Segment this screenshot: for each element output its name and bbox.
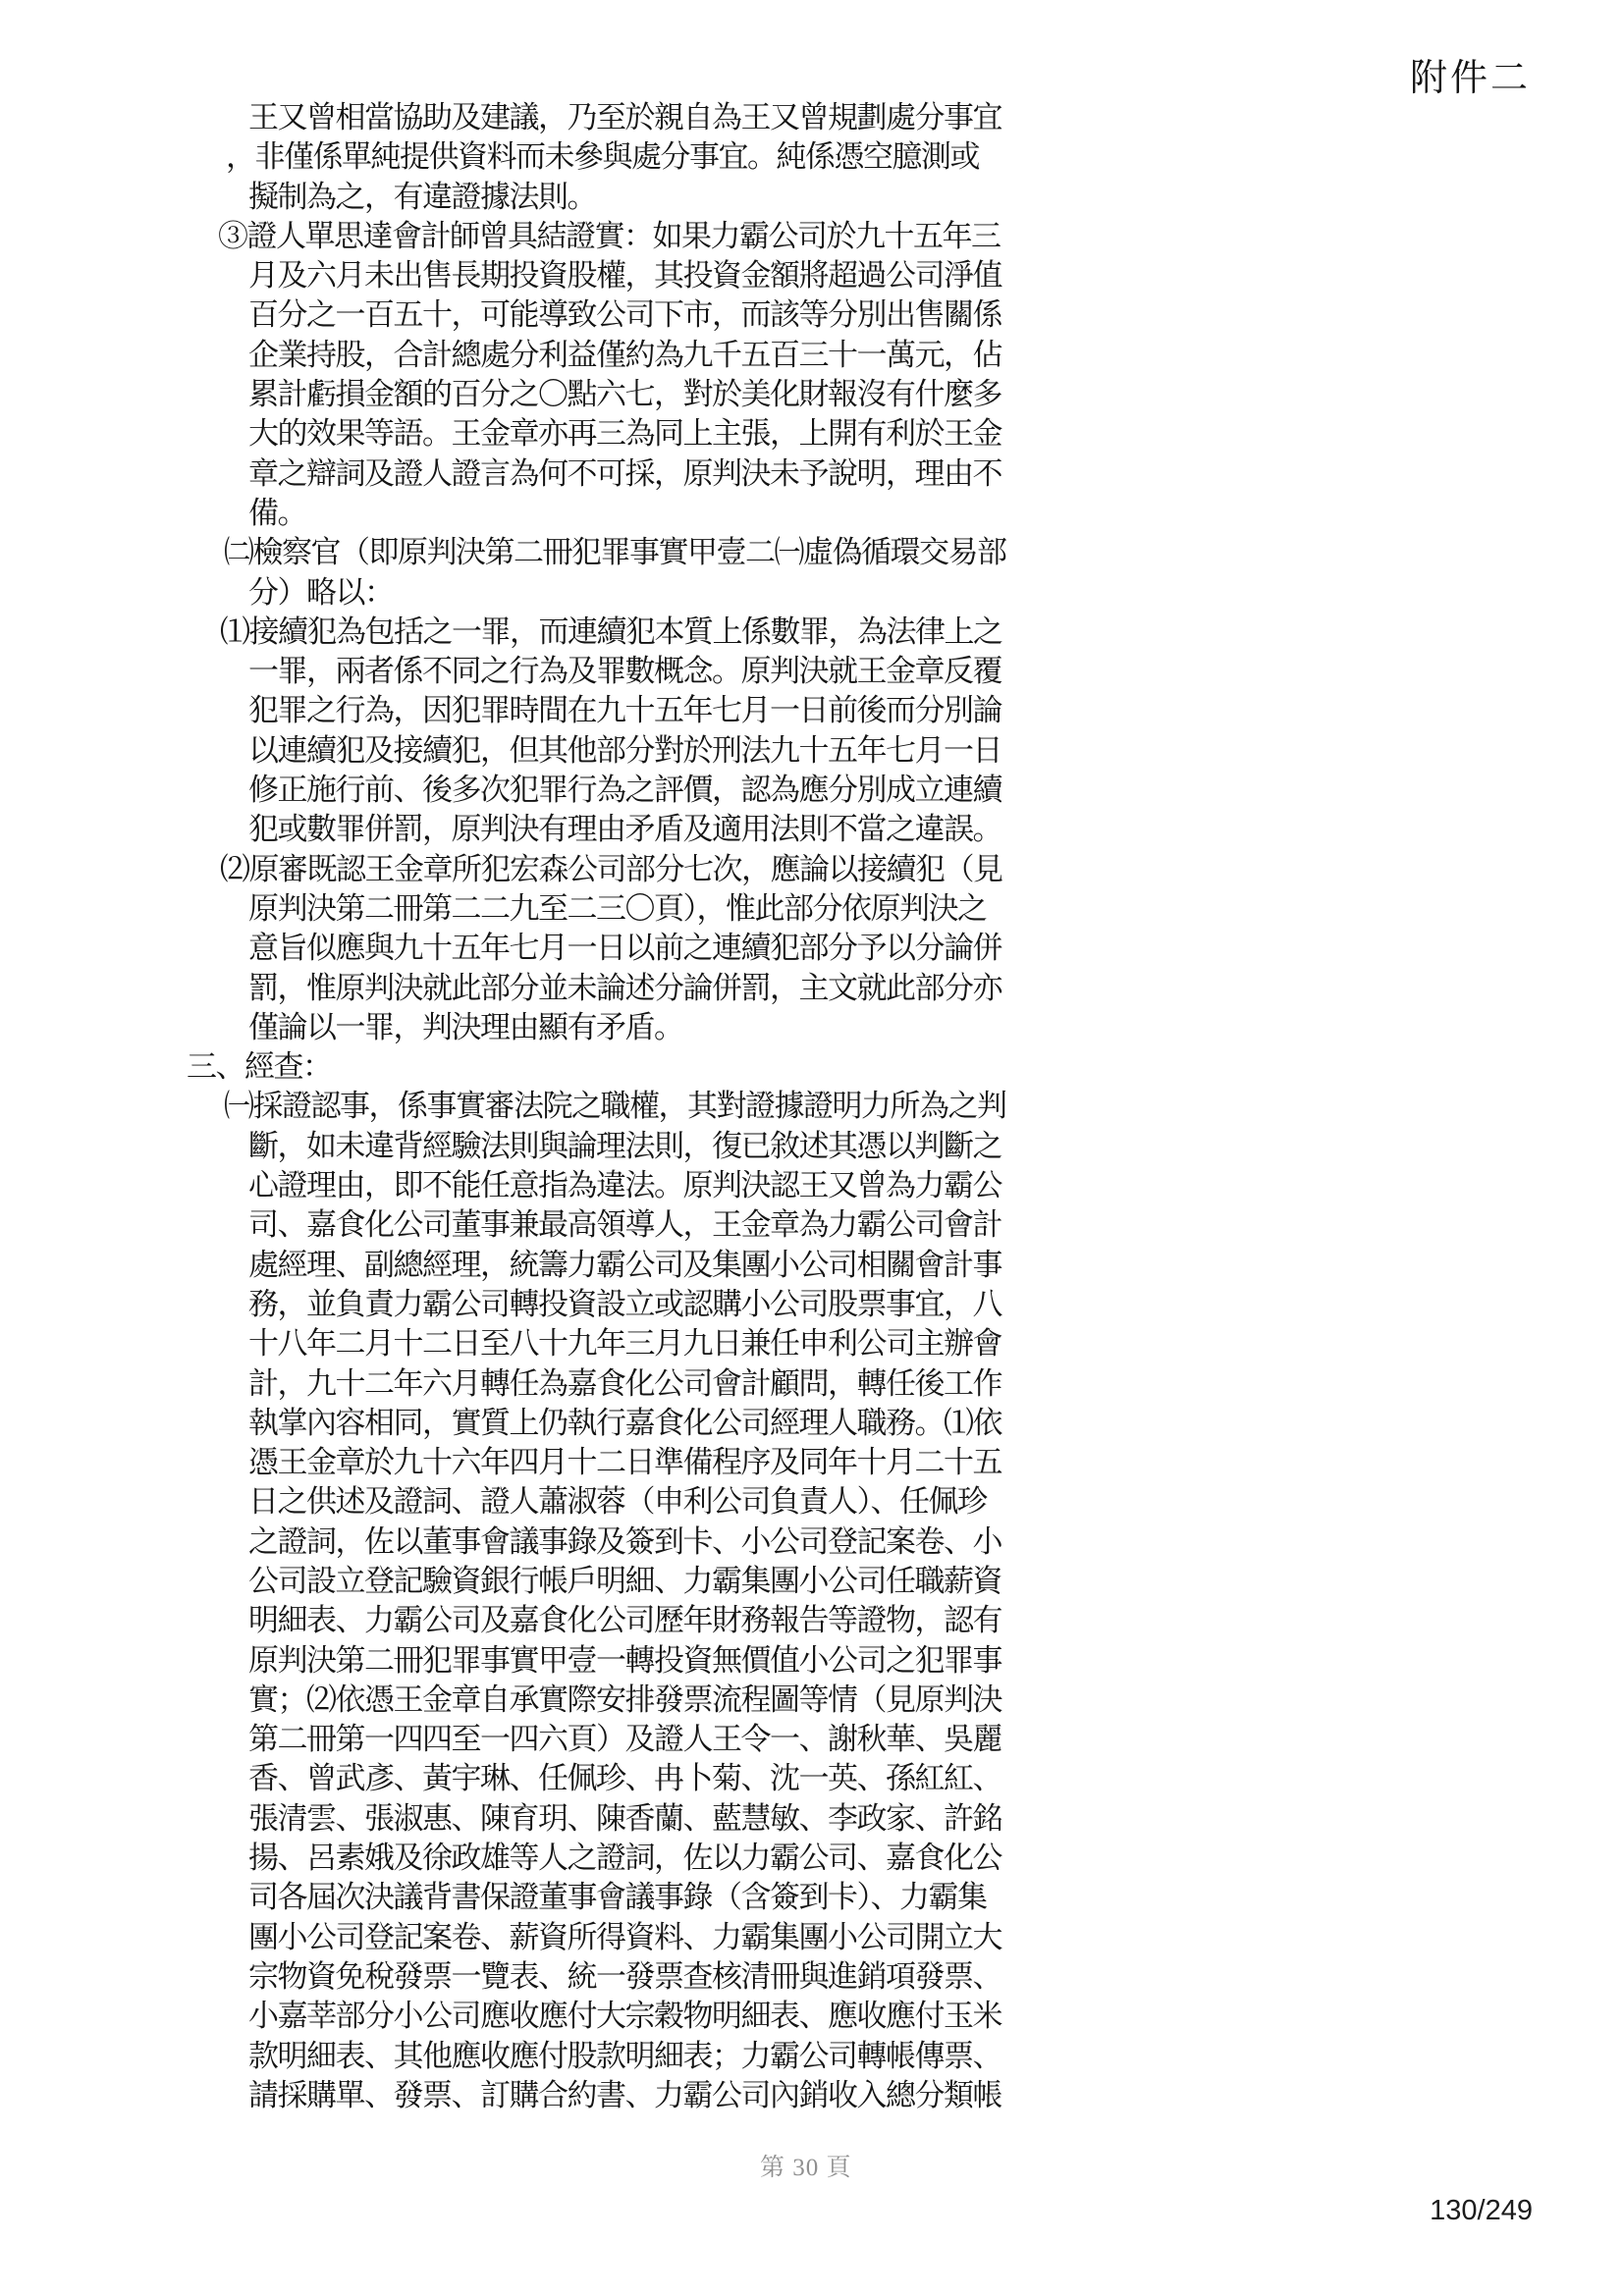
text-line: 犯或數罪併罰，原判決有理由矛盾及適用法則不當之違誤。 [187, 810, 1031, 849]
text-line: 憑王金章於九十六年四月十二日準備程序及同年十月二十五 [187, 1443, 1031, 1482]
text-line: 團小公司登記案卷、薪資所得資料、力霸集團小公司開立大 [187, 1918, 1031, 1957]
text-line: 司各屆次決議背書保證董事會議事錄（含簽到卡）、力霸集 [187, 1878, 1031, 1917]
text-line: 以連續犯及接續犯，但其他部分對於刑法九十五年七月一日 [187, 731, 1031, 771]
text-line: ⑴接續犯為包括之一罪，而連續犯本質上係數罪，為法律上之 [187, 613, 1031, 652]
page-number: 第 30 頁 [760, 2148, 852, 2183]
text-line: 小嘉莘部分小公司應收應付大宗穀物明細表、應收應付玉米 [187, 1997, 1031, 2036]
body-text: 王又曾相當協助及建議，乃至於親自為王又曾規劃處分事宜，非僅係單純提供資料而未參與… [187, 98, 1031, 2115]
text-line: 心證理由，即不能任意指為違法。原判決認王又曾為力霸公 [187, 1166, 1031, 1205]
text-line: 實；⑵依憑王金章自承實際安排發票流程圖等情（見原判決 [187, 1681, 1031, 1720]
text-line: ，非僅係單純提供資料而未參與處分事宜。純係憑空臆測或 [187, 137, 1031, 177]
text-line: 月及六月未出售長期投資股權，其投資金額將超過公司淨值 [187, 256, 1031, 295]
text-line: 意旨似應與九十五年七月一日以前之連續犯部分予以分論併 [187, 929, 1031, 968]
text-line: 務，並負責力霸公司轉投資設立或認購小公司股票事宜，八 [187, 1285, 1031, 1324]
text-line: 一罪，兩者係不同之行為及罪數概念。原判決就王金章反覆 [187, 652, 1031, 691]
text-line: 計，九十二年六月轉任為嘉食化公司會計顧問，轉任後工作 [187, 1364, 1031, 1404]
attachment-label: 附件二 [1410, 47, 1531, 101]
text-line: 僅論以一罪，判決理由顯有矛盾。 [187, 1008, 1031, 1047]
text-line: 原判決第二冊犯罪事實甲壹一轉投資無價值小公司之犯罪事 [187, 1641, 1031, 1681]
text-line: 揚、呂素娥及徐政雄等人之證詞，佐以力霸公司、嘉食化公 [187, 1839, 1031, 1878]
text-line: 張清雲、張淑惠、陳育玥、陳香蘭、藍慧敏、李政家、許銘 [187, 1799, 1031, 1839]
text-line: ③證人單思達會計師曾具結證實：如果力霸公司於九十五年三 [187, 217, 1031, 256]
text-line: 擬制為之，有違證據法則。 [187, 178, 1031, 217]
text-line: 犯罪之行為，因犯罪時間在九十五年七月一日前後而分別論 [187, 691, 1031, 730]
text-line: ㈡檢察官（即原判決第二冊犯罪事實甲壹二㈠虛偽循環交易部 [187, 533, 1031, 572]
text-line: 香、曾武彥、黃宇琳、任佩珍、冉卜菊、沈一英、孫紅紅、 [187, 1759, 1031, 1798]
page-counter: 130/249 [1430, 2195, 1533, 2227]
text-line: 王又曾相當協助及建議，乃至於親自為王又曾規劃處分事宜 [187, 98, 1031, 137]
text-line: 大的效果等語。王金章亦再三為同上主張，上開有利於王金 [187, 414, 1031, 454]
text-line: 明細表、力霸公司及嘉食化公司歷年財務報告等證物，認有 [187, 1601, 1031, 1640]
text-line: 執掌內容相同，實質上仍執行嘉食化公司經理人職務。⑴依 [187, 1404, 1031, 1443]
text-line: 備。 [187, 494, 1031, 533]
text-line: 修正施行前、後多次犯罪行為之評價，認為應分別成立連續 [187, 771, 1031, 810]
text-line: 百分之一百五十，可能導致公司下市，而該等分別出售關係 [187, 295, 1031, 335]
text-line: 罰，惟原判決就此部分並未論述分論併罰，主文就此部分亦 [187, 969, 1031, 1008]
text-line: 累計虧損金額的百分之〇點六七，對於美化財報沒有什麼多 [187, 375, 1031, 414]
text-line: 斷，如未違背經驗法則與論理法則，復已敘述其憑以判斷之 [187, 1127, 1031, 1166]
text-line: 日之供述及證詞、證人蕭淑蓉（申利公司負責人）、任佩珍 [187, 1482, 1031, 1522]
text-line: ⑵原審既認王金章所犯宏森公司部分七次，應論以接續犯（見 [187, 850, 1031, 889]
text-line: 第二冊第一四四至一四六頁）及證人王令一、謝秋華、吳麗 [187, 1720, 1031, 1759]
document-page: 附件二 王又曾相當協助及建議，乃至於親自為王又曾規劃處分事宜，非僅係單純提供資料… [0, 0, 1623, 2296]
text-line: 之證詞，佐以董事會議事錄及簽到卡、小公司登記案卷、小 [187, 1522, 1031, 1562]
text-line: 章之辯詞及證人證言為何不可採，原判決未予說明，理由不 [187, 454, 1031, 494]
text-line: 宗物資免稅發票一覽表、統一發票查核清冊與進銷項發票、 [187, 1957, 1031, 1997]
text-line: 原判決第二冊第二二九至二三〇頁），惟此部分依原判決之 [187, 889, 1031, 929]
text-line: 三、經查： [187, 1047, 1031, 1087]
text-line: 款明細表、其他應收應付股款明細表；力霸公司轉帳傳票、 [187, 2037, 1031, 2076]
text-line: 分）略以： [187, 573, 1031, 613]
text-line: 請採購單、發票、訂購合約書、力霸公司內銷收入總分類帳 [187, 2076, 1031, 2115]
text-line: 公司設立登記驗資銀行帳戶明細、力霸集團小公司任職薪資 [187, 1562, 1031, 1601]
text-line: 企業持股，合計總處分利益僅約為九千五百三十一萬元，佔 [187, 336, 1031, 375]
text-line: ㈠採證認事，係事實審法院之職權，其對證據證明力所為之判 [187, 1087, 1031, 1126]
text-line: 處經理、副總經理，統籌力霸公司及集團小公司相關會計事 [187, 1246, 1031, 1285]
text-line: 十八年二月十二日至八十九年三月九日兼任申利公司主辦會 [187, 1324, 1031, 1363]
text-line: 司、嘉食化公司董事兼最高領導人，王金章為力霸公司會計 [187, 1205, 1031, 1245]
